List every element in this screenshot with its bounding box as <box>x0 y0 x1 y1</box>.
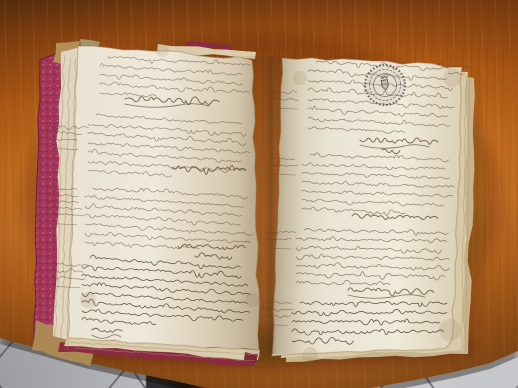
photo-open-manuscript-book <box>0 0 518 388</box>
open-manuscript-book <box>0 0 518 388</box>
